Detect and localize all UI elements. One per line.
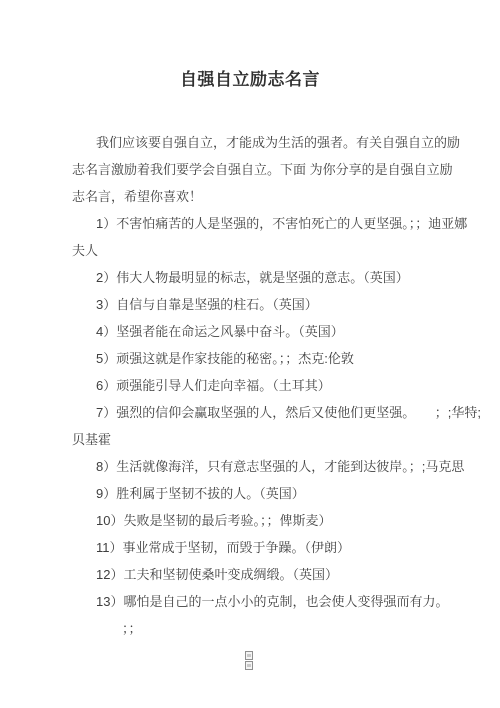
quote-line: 2）伟大人物最明显的标志，就是坚强的意志。（英国） <box>72 264 470 291</box>
quote-line: 13）哪怕是自己的一点小小的克制，也会使人变得强而有力。 <box>72 588 470 615</box>
quote-line-continuation: 夫人 <box>72 237 470 264</box>
quote-line: 4）坚强者能在命运之风暴中奋斗。（英国） <box>72 318 470 345</box>
quote-line: 11）事业常成于坚韧，而毁于争躁。（伊朗） <box>72 534 470 561</box>
text-line: 志名言激励着我们要学会自强自立。下面 为你分享的是自强自立励 <box>72 156 470 183</box>
boxed-glyph-top <box>245 651 253 660</box>
document-page: 自强自立励志名言 我们应该要自强自立，才能成为生活的强者。有关自强自立的励 志名… <box>0 0 500 708</box>
quote-line: 6）顽强能引导人们走向幸福。（土耳其） <box>72 372 470 399</box>
text-line: 志名言，希望你喜欢！ <box>72 183 470 210</box>
trailing-punctuation-line: ；； <box>72 615 470 642</box>
boxed-glyph-page-marker-icon <box>245 651 255 671</box>
quote-line: 9）胜利属于坚韧不拔的人。（英国） <box>72 480 470 507</box>
quote-line: 12）工夫和坚韧使桑叶变成绸缎。（英国） <box>72 561 470 588</box>
boxed-glyph-bottom <box>245 661 253 670</box>
quote-line: 10）失败是坚韧的最后考验。；；俾斯麦） <box>72 507 470 534</box>
text-line: 我们应该要自强自立，才能成为生活的强者。有关自强自立的励 <box>72 129 470 156</box>
quote-line: 7）强烈的信仰会赢取坚强的人，然后又使他们更坚强。 ；;华特; <box>72 399 470 426</box>
quote-line: 3）自信与自靠是坚强的柱石。（英国） <box>72 291 470 318</box>
page-title: 自强自立励志名言 <box>0 68 500 92</box>
quote-line: 8）生活就像海洋，只有意志坚强的人，才能到达彼岸。；;马克思 <box>72 453 470 480</box>
quote-line: 1）不害怕痛苦的人是坚强的，不害怕死亡的人更坚强。；；迪亚娜 <box>72 210 470 237</box>
document-body: 我们应该要自强自立，才能成为生活的强者。有关自强自立的励 志名言激励着我们要学会… <box>72 129 470 642</box>
quote-line-continuation: 贝基霍 <box>72 426 470 453</box>
quote-line: 5）顽强这就是作家技能的秘密。；；杰克:伦敦 <box>72 345 470 372</box>
